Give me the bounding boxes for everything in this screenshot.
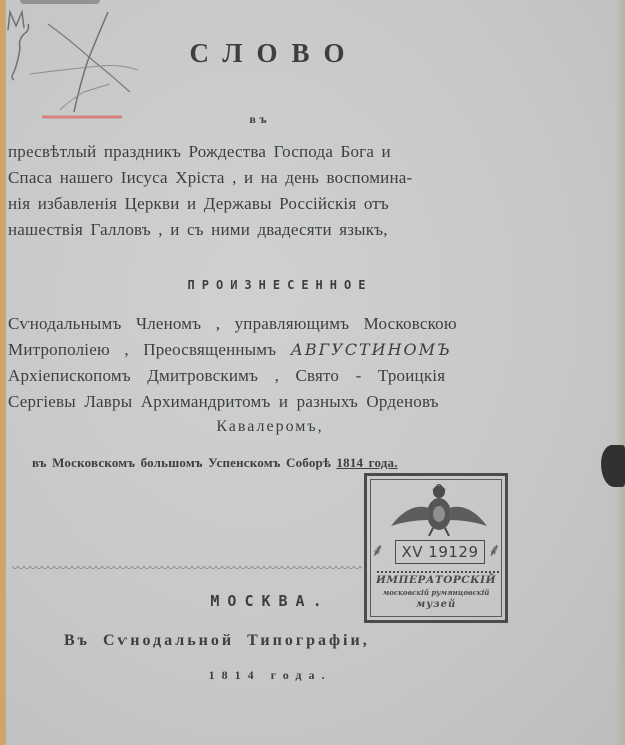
stamp-ornament-right-icon: ⸙: [488, 538, 502, 562]
page-edge-right: [615, 0, 625, 745]
museum-stamp: ⸙ XV 19129 ⸙ ИМПЕРАТОРСКІЙ московскій ру…: [364, 473, 508, 623]
double-headed-eagle-icon: [389, 484, 489, 536]
cathedral-year: 1814 года.: [336, 455, 397, 470]
stamp-text-museum-name: московскій румянцовскій: [367, 588, 505, 597]
author-line-2-text: Митрополіею , Преосвященнымъ: [8, 340, 291, 359]
body-line-4: нашествія Галловъ , и съ ними двадесяти …: [8, 220, 388, 240]
cathedral-text: въ Московскомъ большомъ Успенскомъ Собор…: [32, 455, 336, 470]
publication-year: 1814 года.: [0, 668, 540, 683]
body-line-3: нія избавленія Церкви и Державы Россійск…: [8, 194, 389, 214]
kavalerom-line: Кавалеромъ,: [0, 418, 540, 436]
stamp-ornament-left-icon: ⸙: [371, 538, 385, 562]
stamp-rule: [377, 568, 499, 573]
stamp-text-museum: музей: [367, 599, 505, 610]
body-line-2: Спаса нашего Іисуса Хріста , и на день в…: [8, 168, 412, 188]
stamp-text-imperial: ИМПЕРАТОРСКІЙ: [367, 574, 505, 586]
pronounced-heading: ПРОИЗНЕСЕННОЕ: [0, 278, 560, 292]
ornamental-rule: [12, 566, 362, 572]
inventory-number: XV 19129: [395, 540, 485, 564]
preposition: въ: [0, 112, 520, 127]
ink-blot: [601, 445, 625, 487]
author-line-1: Сѵнодальнымъ Членомъ , управляющимъ Моск…: [8, 314, 457, 334]
author-name: АВГУСТИНОМЪ: [291, 340, 452, 359]
document-title: СЛОВО: [0, 38, 534, 69]
cathedral-line: въ Московскомъ большомъ Успенскомъ Собор…: [32, 455, 398, 471]
author-line-2: Митрополіею , Преосвященнымъ АВГУСТИНОМЪ: [8, 340, 452, 360]
body-line-1: пресвѣтлый праздникъ Рождества Господа Б…: [8, 142, 391, 162]
author-line-3: Архіепископомъ Дмитровскимъ , Свято - Тр…: [8, 366, 445, 386]
author-line-4: Сергіевы Лавры Архимандритомъ и разныхъ …: [8, 392, 439, 412]
printer-imprint: Въ Сѵнодальной Типографіи,: [64, 632, 370, 650]
scanned-title-page: СЛОВО въ пресвѣтлый праздникъ Рождества …: [0, 0, 625, 745]
